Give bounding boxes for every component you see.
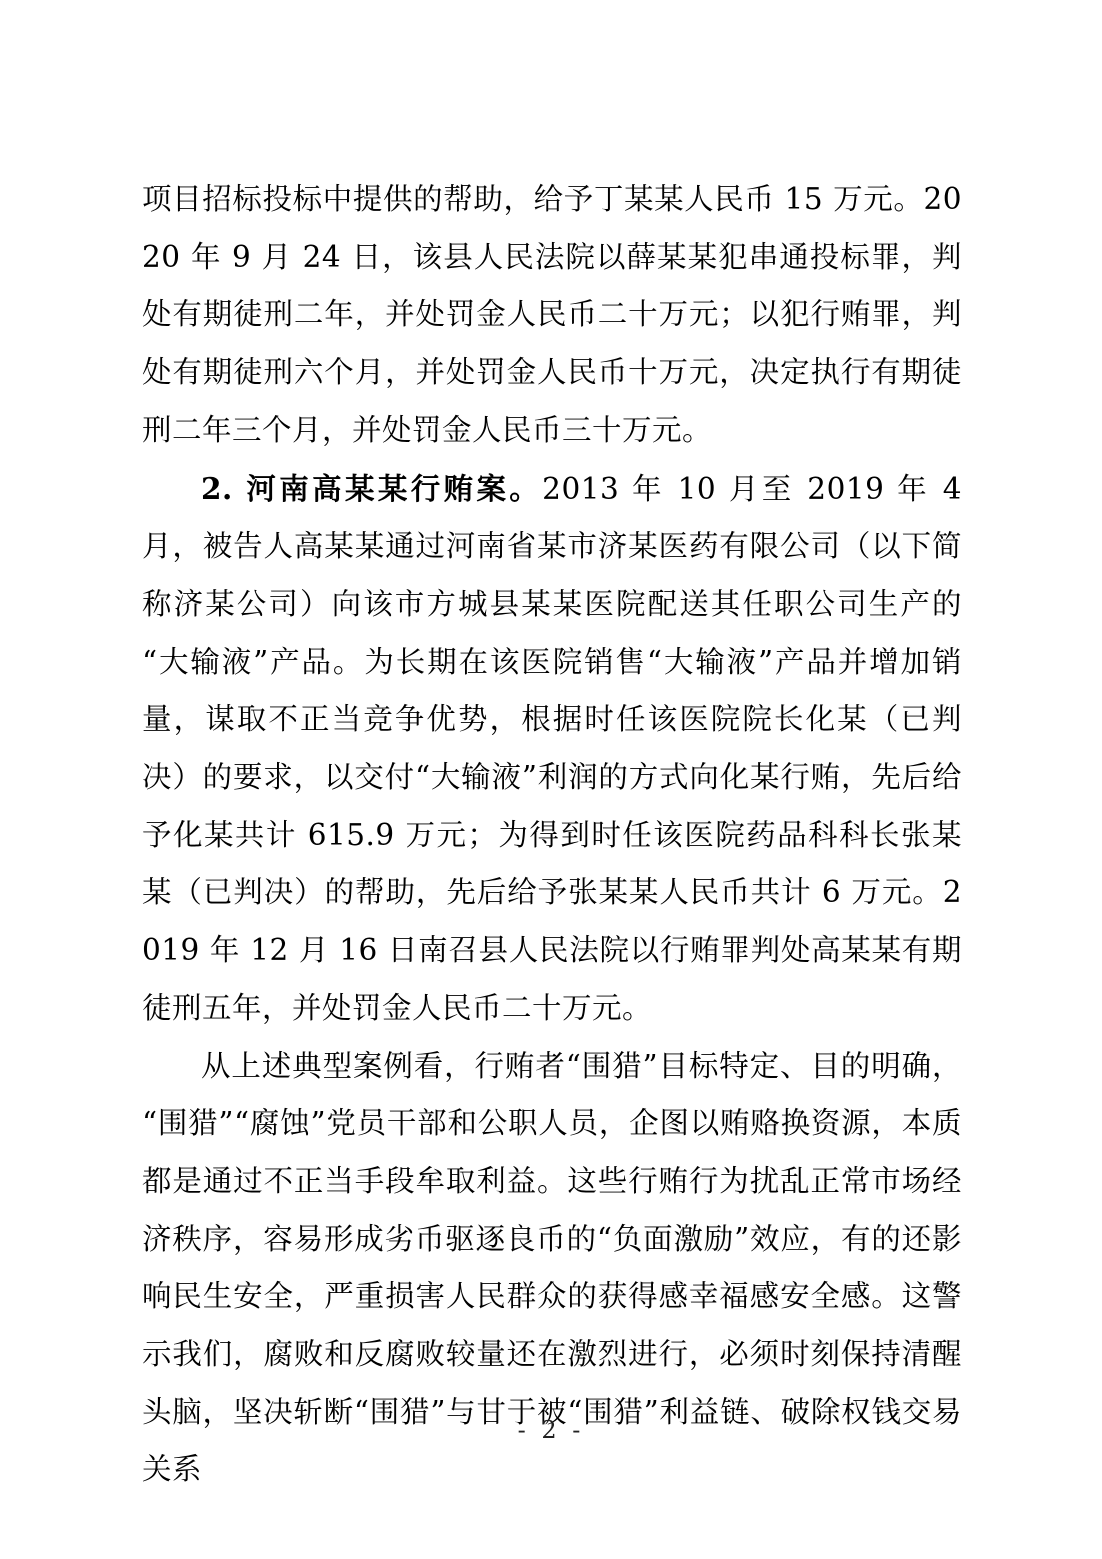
paragraph-case2: 2. 河南高某某行贿案。2013 年 10 月至 2019 年 4 月，被告人高…	[142, 460, 962, 1038]
page-footer: - 2 -	[0, 1416, 1102, 1444]
document-body: 项目招标投标中提供的帮助，给予丁某某人民币 15 万元。2020 年 9 月 2…	[142, 171, 962, 1499]
case1-body-text: 项目招标投标中提供的帮助，给予丁某某人民币 15 万元。2020 年 9 月 2…	[142, 182, 962, 447]
case2-body-text: 2013 年 10 月至 2019 年 4 月，被告人高某某通过河南省某市济某医…	[142, 472, 962, 1025]
case2-heading: 2. 河南高某某行贿案。	[201, 471, 542, 506]
paragraph-case1-continuation: 项目招标投标中提供的帮助，给予丁某某人民币 15 万元。2020 年 9 月 2…	[142, 171, 962, 460]
document-page: 项目招标投标中提供的帮助，给予丁某某人民币 15 万元。2020 年 9 月 2…	[0, 0, 1102, 1559]
page-number: - 2 -	[518, 1416, 585, 1444]
